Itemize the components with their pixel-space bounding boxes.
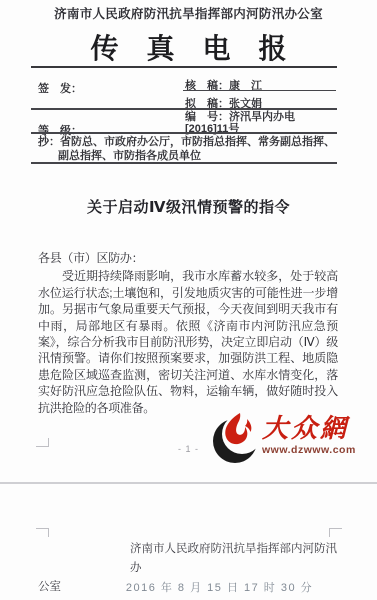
fax-telegram-page: 济南市人民政府防汛抗旱指挥部内河防汛办公室 传 真 电 报 签 发： 核 稿：康… [0,0,377,600]
body-text: 各县（市）区防办： 受近期持续降雨影响，我市水库蓄水较多，处于较高水位运行状态;… [38,250,338,416]
form-divider-1 [31,108,337,110]
sign-label: 签 发： [38,80,82,96]
dzwww-logo-name: 大众網 [262,414,356,444]
dzwww-logo-text: 大众網 www.dzwww.com [262,410,356,456]
signature-date: 2016 年 8 月 15 日 17 时 30 分 [0,579,377,595]
org-header: 济南市人民政府防汛抗旱指挥部内河防汛办公室 [0,4,377,22]
signature-org-line1: 济南市人民政府防汛抗旱指挥部内河防汛办 [38,540,348,578]
page-separator [0,482,377,484]
copy-to-row: 抄：省防总、市政府办公厅，市防指总指挥、常务副总指挥、副总指挥、市防指各成员单位 [38,136,338,163]
dzwww-watermark: 大众網 www.dzwww.com [211,410,356,469]
form-divider-2 [31,132,337,134]
salutation: 各县（市）区防办： [38,250,338,266]
number-label: 编 号： [185,111,229,123]
title-divider [31,66,337,68]
copy-label: 抄： [38,136,60,148]
body-paragraph: 受近期持续降雨影响，我市水库蓄水较多，处于较高水位运行状态;土壤饱和，引发地质灾… [38,268,338,416]
review-underline [183,90,336,91]
page2-margin-mark-top-left [36,528,49,537]
form-divider-3 [31,162,337,164]
flame-crescent-icon [211,410,261,469]
fax-telegram-title: 传 真 电 报 [0,27,377,67]
subject-title: 关于启动Ⅳ级汛情预警的指令 [0,196,377,217]
page2-margin-mark-top-right [329,528,342,537]
dzwww-logo-url: www.dzwww.com [262,444,356,456]
copy-value: 省防总、市政府办公厅，市防指总指挥、常务副总指挥、副总指挥、市防指各成员单位 [58,136,335,162]
